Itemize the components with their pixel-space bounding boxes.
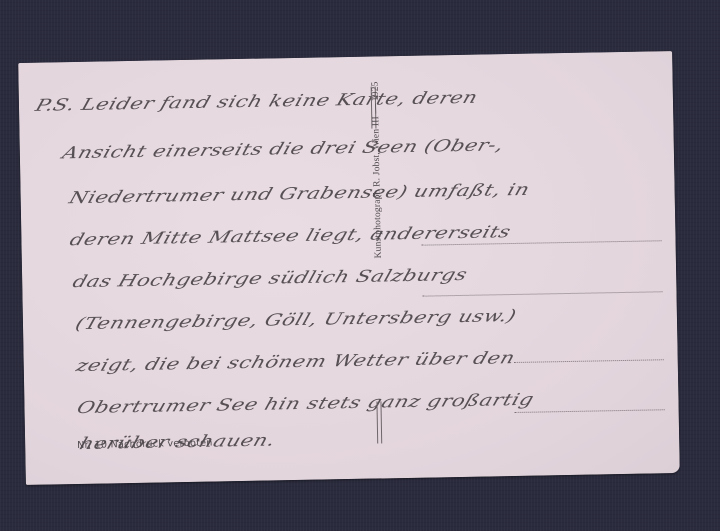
handwritten-line-5: das Hochgebirge südlich Salzburgs [70, 265, 470, 291]
address-line-4 [515, 409, 665, 413]
handwritten-line-8: Obertrumer See hin stets ganz großartig [75, 390, 537, 417]
address-line-3 [514, 359, 664, 363]
handwritten-line-7: zeigt, die bei schönem Wetter über den [74, 348, 518, 375]
postcard-back: P.S. Leider fand sich keine Karte, deren… [18, 51, 680, 485]
handwritten-line-3: Niedertrumer und Grabensee) umfaßt, in [67, 180, 532, 207]
handwritten-line-6: (Tennengebirge, Göll, Untersberg usw.) [73, 306, 519, 333]
handwritten-line-1: P.S. Leider fand sich keine Karte, deren [33, 88, 480, 115]
handwritten-line-2: Ansicht einerseits die drei Seen (Ober-, [60, 135, 506, 162]
address-line-2 [423, 291, 663, 296]
divider-line-bottom [376, 401, 382, 443]
